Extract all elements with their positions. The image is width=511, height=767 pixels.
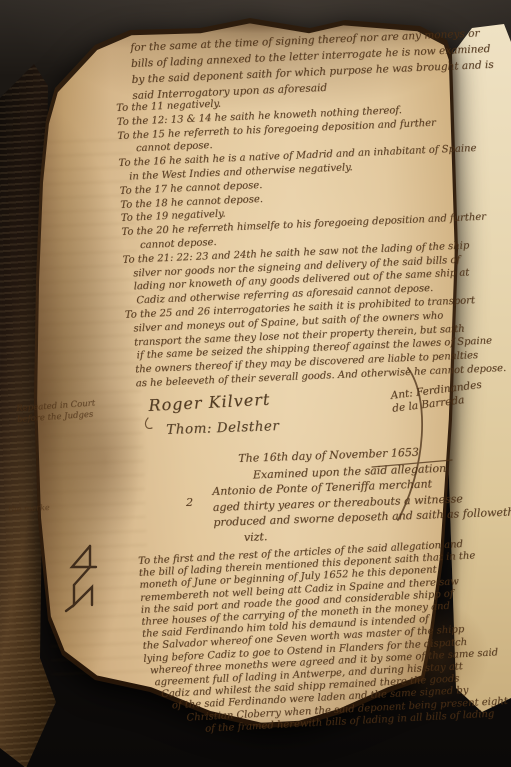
merchant-mark-icon <box>60 543 112 613</box>
manuscript-photo: for the same at the time of signing ther… <box>0 0 511 767</box>
